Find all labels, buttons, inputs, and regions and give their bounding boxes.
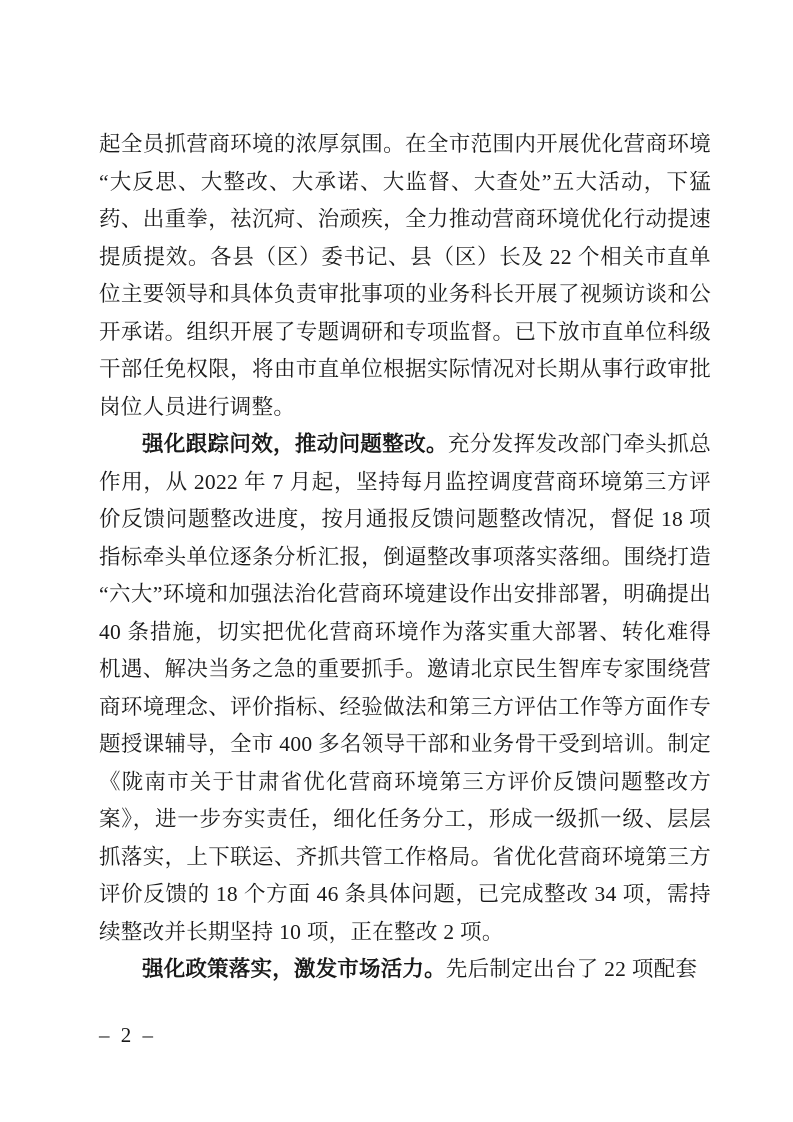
paragraph-text: 起全员抓营商环境的浓厚氛围。在全市范围内开展优化营商环境“大反思、大整改、大承诺… [99, 132, 711, 419]
paragraph: 强化政策落实，激发市场活力。先后制定出台了 22 项配套 [99, 951, 711, 989]
paragraph-lead: 强化跟踪问效，推动问题整改。 [142, 432, 448, 456]
body-text: 起全员抓营商环境的浓厚氛围。在全市范围内开展优化营商环境“大反思、大整改、大承诺… [99, 126, 711, 989]
paragraph-text: 充分发挥发改部门牵头抓总作用，从 2022 年 7 月起，坚持每月监控调度营商环… [99, 432, 711, 944]
paragraph: 起全员抓营商环境的浓厚氛围。在全市范围内开展优化营商环境“大反思、大整改、大承诺… [99, 126, 711, 426]
document-page: 起全员抓营商环境的浓厚氛围。在全市范围内开展优化营商环境“大反思、大整改、大承诺… [0, 0, 793, 1122]
paragraph: 强化跟踪问效，推动问题整改。充分发挥发改部门牵头抓总作用，从 2022 年 7 … [99, 426, 711, 951]
paragraph-text: 先后制定出台了 22 项配套 [446, 957, 697, 981]
paragraph-lead: 强化政策落实，激发市场活力。 [142, 957, 446, 981]
page-number: – 2 – [99, 1023, 156, 1048]
